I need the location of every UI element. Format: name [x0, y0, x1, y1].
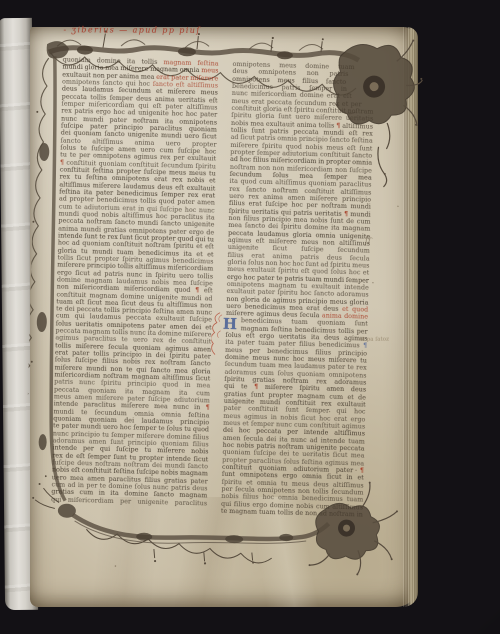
paraph-mark: ¶	[195, 287, 199, 294]
text-column-left: quoniam domine ita tollis magnam feſtina…	[51, 56, 219, 507]
illuminated-initial: H	[223, 316, 238, 333]
shelfmark-inscription: - ʒiberius — apud pp piuſ	[63, 25, 233, 38]
paraph-mark: ¶	[60, 159, 64, 166]
text-column-right: omnipotens meus domine tuam miſericordia…	[221, 61, 375, 519]
paraph-mark: ¶	[344, 210, 348, 217]
paraph-mark: ¶	[254, 384, 258, 391]
red-penwork-flourish	[211, 310, 224, 356]
paraph-mark: ¶	[360, 467, 364, 474]
text-block: quoniam domine ita tollis magnam feſtina…	[51, 56, 377, 520]
margin-note-faint: et pa ſatoz	[359, 337, 389, 343]
paraph-mark: ¶	[336, 122, 340, 129]
paraph-mark: ¶	[205, 405, 209, 412]
manuscript-page: - ʒiberius — apud pp piuſ quoniam domine…	[30, 27, 418, 607]
text-block-tilt: - ʒiberius — apud pp piuſ quoniam domine…	[22, 22, 425, 612]
photograph-backdrop: - ʒiberius — apud pp piuſ quoniam domine…	[0, 0, 500, 634]
paraph-mark: ¶	[363, 343, 367, 350]
